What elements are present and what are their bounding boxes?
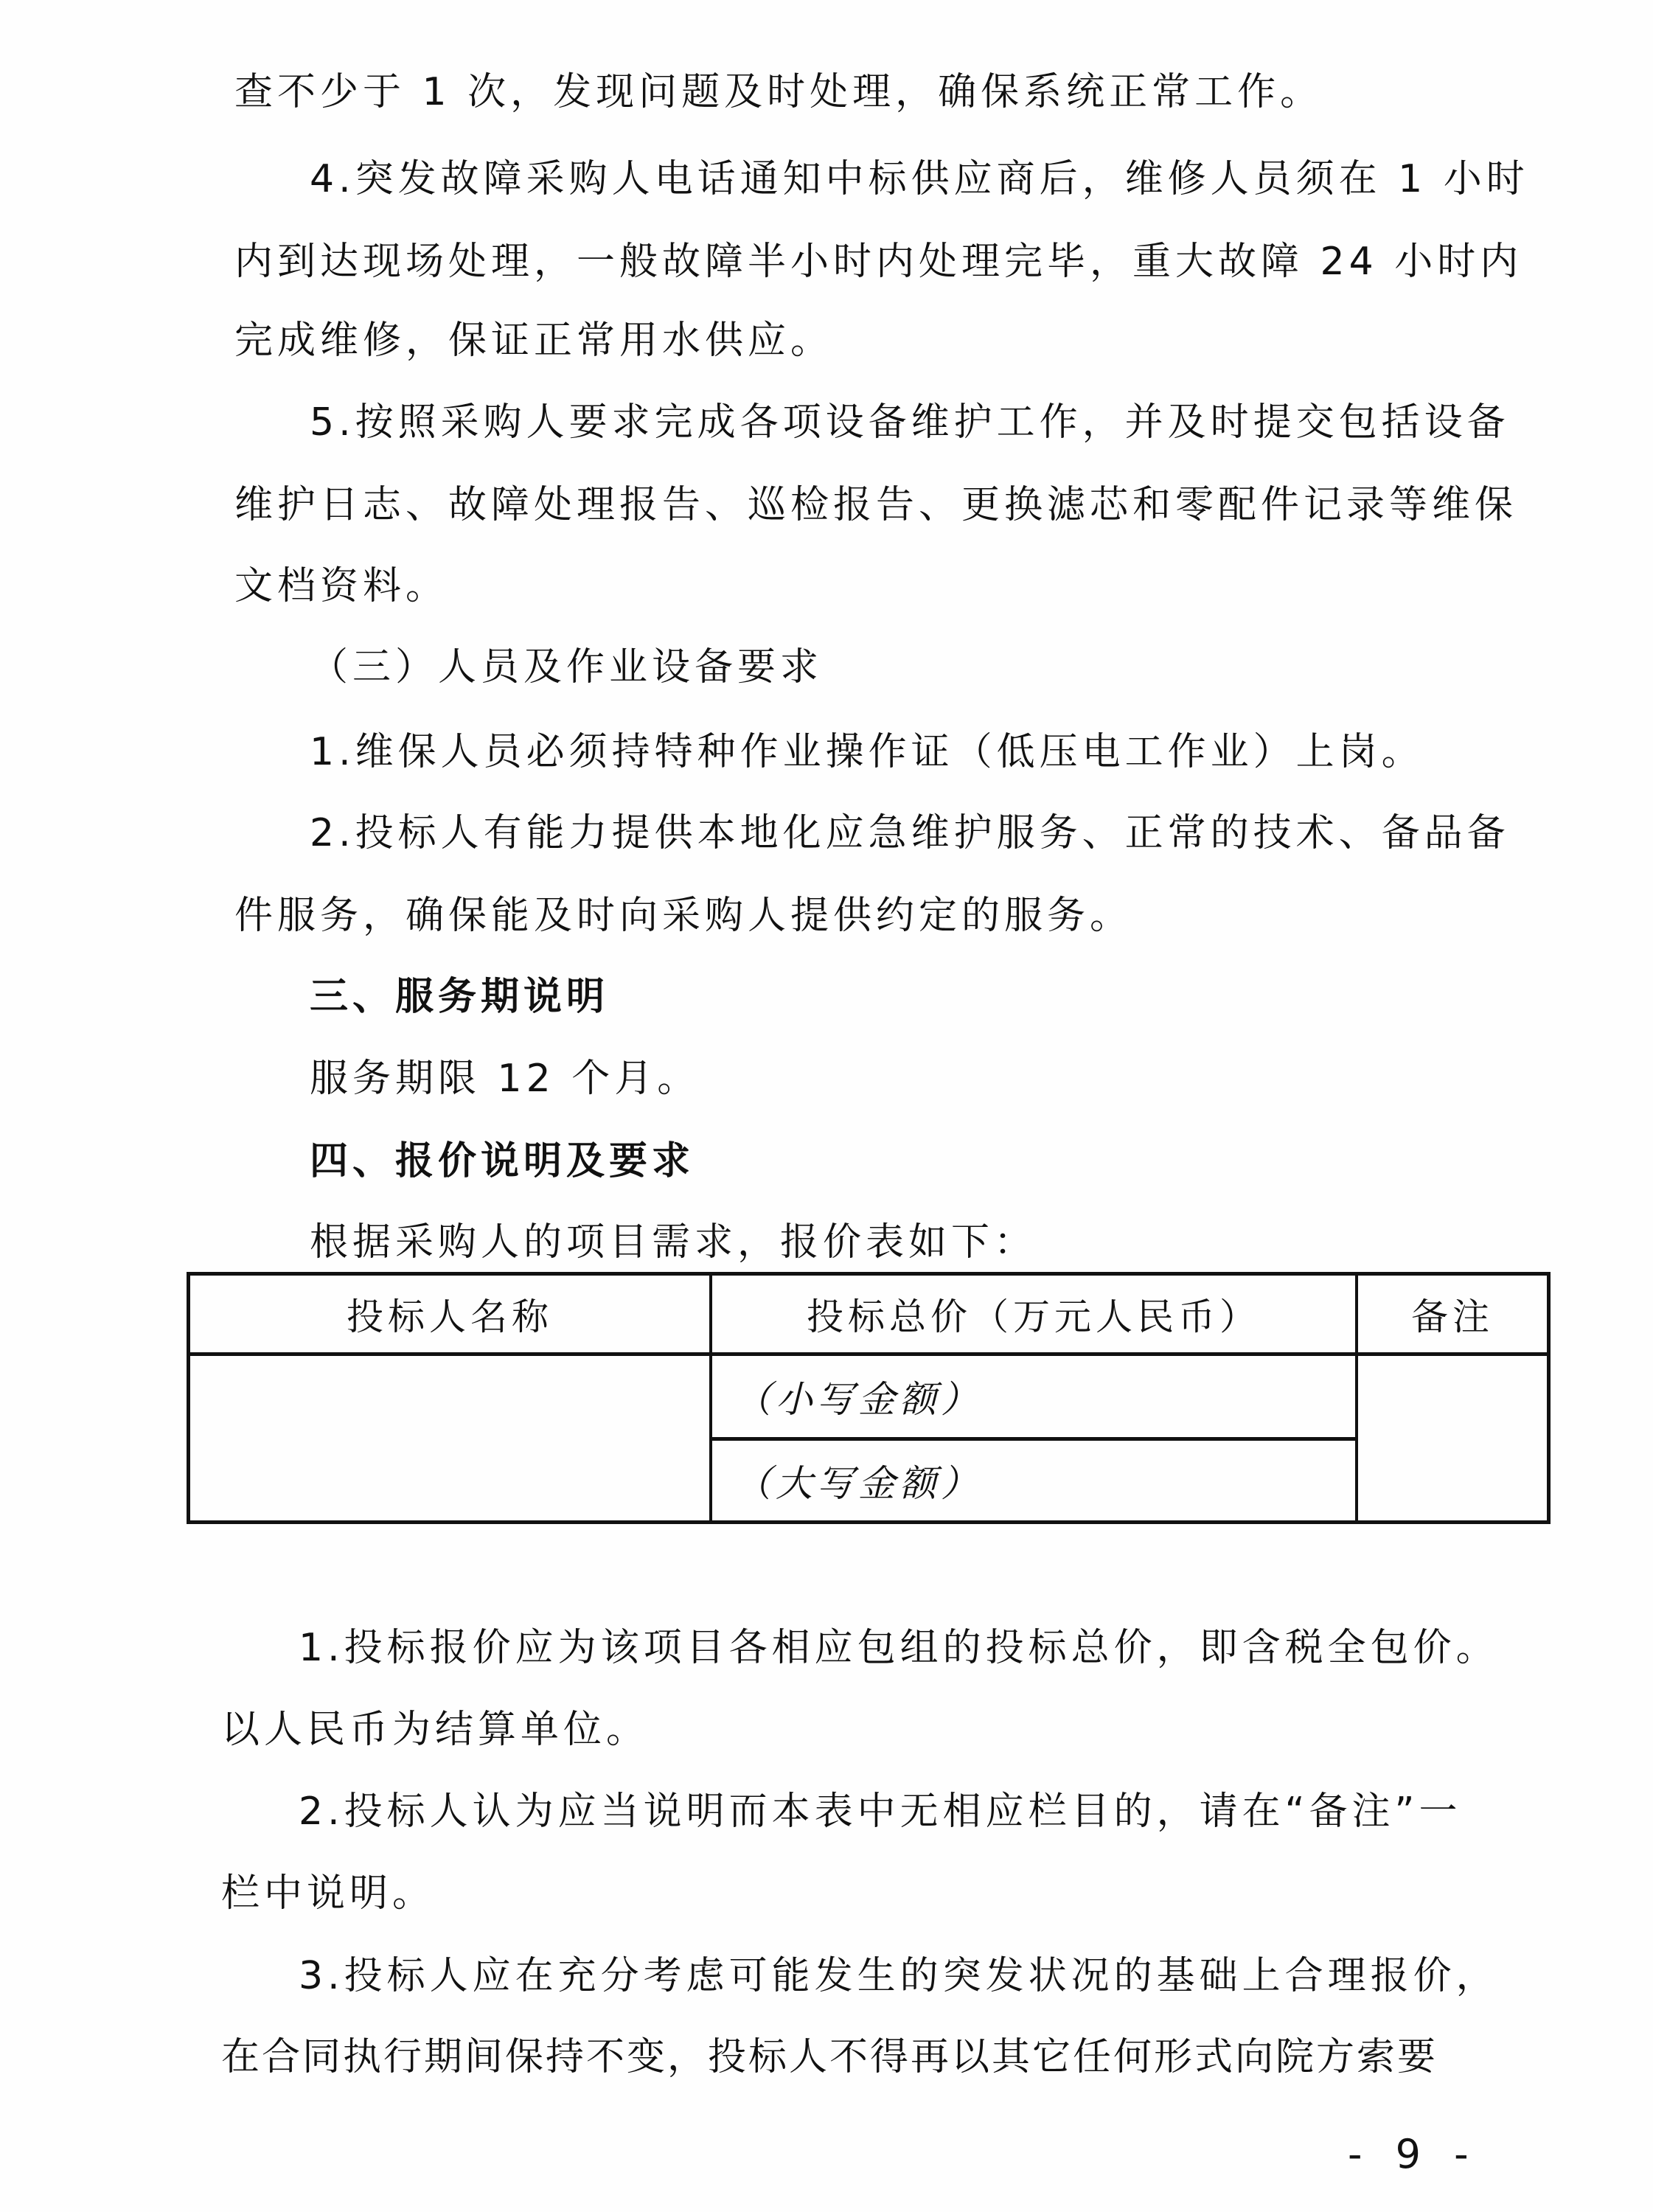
- remarks-cell[interactable]: [1358, 1356, 1547, 1520]
- header-label: 投标人名称: [347, 1287, 553, 1340]
- header-label: 投标总价（万元人民币）: [807, 1287, 1261, 1340]
- table-header-bidder-name: 投标人名称: [190, 1276, 709, 1352]
- bidder-name-cell[interactable]: [190, 1356, 709, 1520]
- document-page: 查不少于 1 次，发现问题及时处理，确保系统正常工作。 4.突发故障采购人电话通…: [0, 0, 1653, 2212]
- price-lowercase-cell[interactable]: （小写金额）: [712, 1356, 1355, 1437]
- paragraph-line: 完成维修，保证正常用水供应。: [234, 319, 833, 363]
- note-line: 在合同执行期间保持不变，投标人不得再以其它任何形式向院方索要: [221, 2035, 1438, 2079]
- paragraph-line: 件服务，确保能及时向采购人提供约定的服务。: [234, 894, 1132, 938]
- paragraph-line: 文档资料。: [234, 564, 448, 608]
- page-number: - 9 -: [1348, 2131, 1479, 2177]
- paragraph-line: 2.投标人有能力提供本地化应急维护服务、正常的技术、备品备: [310, 811, 1510, 855]
- quote-table: 投标人名称 投标总价（万元人民币） 备注 （小写金额） （大写金额）: [187, 1272, 1551, 1524]
- price-uppercase-cell[interactable]: （大写金额）: [712, 1441, 1355, 1520]
- paragraph-line: 4.突发故障采购人电话通知中标供应商后，维修人员须在 1 小时: [310, 157, 1529, 201]
- table-header-remarks: 备注: [1358, 1276, 1547, 1352]
- paragraph-line: 根据采购人的项目需求，报价表如下：: [310, 1220, 1037, 1265]
- note-line: 3.投标人应在充分考虑可能发生的突发状况的基础上合理报价，: [299, 1954, 1499, 1998]
- paragraph-line: 内到达现场处理，一般故障半小时内处理完毕，重大故障 24 小时内: [234, 240, 1522, 284]
- note-line: 1.投标报价应为该项目各相应包组的投标总价，即含税全包价。: [299, 1626, 1499, 1670]
- note-line: 2.投标人认为应当说明而本表中无相应栏目的，请在“备注”一: [299, 1790, 1462, 1834]
- paragraph-line: 查不少于 1 次，发现问题及时处理，确保系统正常工作。: [234, 70, 1323, 114]
- paragraph-line: 1.维保人员必须持特种作业操作证（低压电工作业）上岗。: [310, 730, 1424, 774]
- note-line: 栏中说明。: [221, 1871, 435, 1916]
- section-heading-quotation: 四、报价说明及要求: [310, 1139, 695, 1183]
- paragraph-line: 服务期限 12 个月。: [310, 1057, 700, 1101]
- table-header-total-price: 投标总价（万元人民币）: [712, 1276, 1355, 1352]
- header-label: 备注: [1411, 1287, 1494, 1340]
- section-heading-service-period: 三、服务期说明: [310, 975, 609, 1019]
- price-lowercase-label: （小写金额）: [734, 1370, 982, 1423]
- paragraph-line: 维护日志、故障处理报告、巡检报告、更换滤芯和零配件记录等维保: [234, 483, 1517, 527]
- note-line: 以人民币为结算单位。: [221, 1708, 649, 1752]
- price-uppercase-label: （大写金额）: [734, 1454, 982, 1507]
- paragraph-line: 5.按照采购人要求完成各项设备维护工作，并及时提交包括设备: [310, 400, 1510, 445]
- subsection-heading: （三）人员及作业设备要求: [310, 645, 823, 689]
